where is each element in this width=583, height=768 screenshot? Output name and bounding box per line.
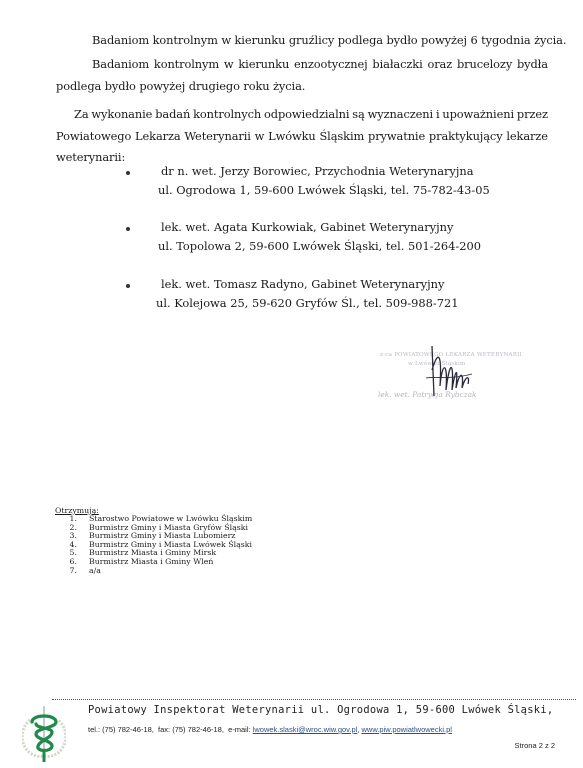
footer-phone: tel.: (75) 782-46-18, — [88, 725, 154, 734]
word: bydła — [517, 56, 548, 73]
footer-email-link[interactable]: lwowek.slaski@wroc.wiw.gov.pl — [253, 725, 358, 734]
word: Powiatowego — [56, 128, 131, 145]
word: prywatnie — [368, 128, 425, 145]
responsible-paragraph-line2: PowiatowegoLekarzaWeterynariiwLwówkuŚląs… — [56, 128, 548, 145]
page-number: Strona 2 z 2 — [515, 741, 555, 750]
recipient-name: Burmistrz Miasta i Gminy Wleń — [89, 558, 213, 567]
footer-divider — [52, 699, 576, 700]
list-item: 7.a/a — [55, 567, 252, 576]
word: Za — [74, 106, 89, 123]
word: w — [224, 56, 234, 73]
ebl-paragraph-line2: podlega bydło powyżej drugiego roku życi… — [56, 78, 305, 95]
word: są — [352, 106, 364, 123]
word: w — [255, 128, 265, 145]
bullet-icon — [126, 284, 130, 288]
footer-email-label: e-mail: — [228, 725, 251, 734]
footer-fax: fax: (75) 782-46-18, — [158, 725, 224, 734]
word: odpowiedzialni — [264, 106, 349, 123]
word: upoważnieni — [442, 106, 514, 123]
word: oraz — [427, 56, 452, 73]
word: Lekarza — [135, 128, 181, 145]
word: wykonanie — [91, 106, 152, 123]
vet-address: ul. Topolowa 2, 59-600 Lwówek Śląski, te… — [158, 238, 481, 255]
vet-address: ul. Kolejowa 25, 59-620 Gryfów Śl., tel.… — [156, 295, 459, 312]
footer-contact: tel.: (75) 782-46-18, fax: (75) 782-46-1… — [88, 725, 452, 734]
word: kontrolnych — [193, 106, 261, 123]
word: przez — [517, 106, 548, 123]
list-item: 6.Burmistrz Miasta i Gminy Wleń — [55, 558, 252, 567]
word: Lwówku — [268, 128, 316, 145]
word: lekarze — [506, 128, 548, 145]
word: badań — [155, 106, 190, 123]
ebl-paragraph-line1: Badaniomkontrolnymwkierunkuenzootycznejb… — [92, 56, 548, 73]
footer-separator: , — [357, 725, 359, 734]
responsible-paragraph-line3: weterynarii: — [56, 149, 125, 166]
recipient-number: 7. — [55, 567, 89, 576]
word: kontrolnym — [154, 56, 219, 73]
bullet-icon — [126, 227, 130, 231]
word: Weterynarii — [184, 128, 250, 145]
vet-name: dr n. wet. Jerzy Borowiec, Przychodnia W… — [161, 163, 474, 180]
word: Śląskim — [319, 128, 364, 145]
responsible-paragraph-line1: Zawykonaniebadańkontrolnychodpowiedzialn… — [74, 106, 548, 123]
word: Badaniom — [92, 56, 149, 73]
footer-organization: Powiatowy Inspektorat Weterynarii ul. Og… — [88, 704, 553, 716]
word: białaczki — [372, 56, 422, 73]
recipients-list: 1.Starostwo Powiatowe w Lwówku Śląskim2.… — [55, 515, 252, 575]
tb-age-paragraph: Badaniom kontrolnym w kierunku gruźlicy … — [92, 32, 566, 49]
vet-name: lek. wet. Tomasz Radyno, Gabinet Weteryn… — [161, 276, 444, 293]
signature-icon — [420, 340, 490, 410]
veterinary-inspection-logo-icon — [22, 700, 66, 764]
recipient-name: a/a — [89, 567, 101, 576]
word: i — [436, 106, 440, 123]
word: brucelozy — [457, 56, 512, 73]
word: wyznaczeni — [368, 106, 433, 123]
bullet-icon — [126, 171, 130, 175]
word: enzootycznej — [294, 56, 368, 73]
footer-website-link[interactable]: www.piw.powiatlwowecki.pl — [361, 725, 451, 734]
word: kierunku — [238, 56, 289, 73]
vet-address: ul. Ogrodowa 1, 59-600 Lwówek Śląski, te… — [158, 182, 490, 199]
word: praktykujący — [429, 128, 503, 145]
vet-name: lek. wet. Agata Kurkowiak, Gabinet Weter… — [161, 219, 453, 236]
